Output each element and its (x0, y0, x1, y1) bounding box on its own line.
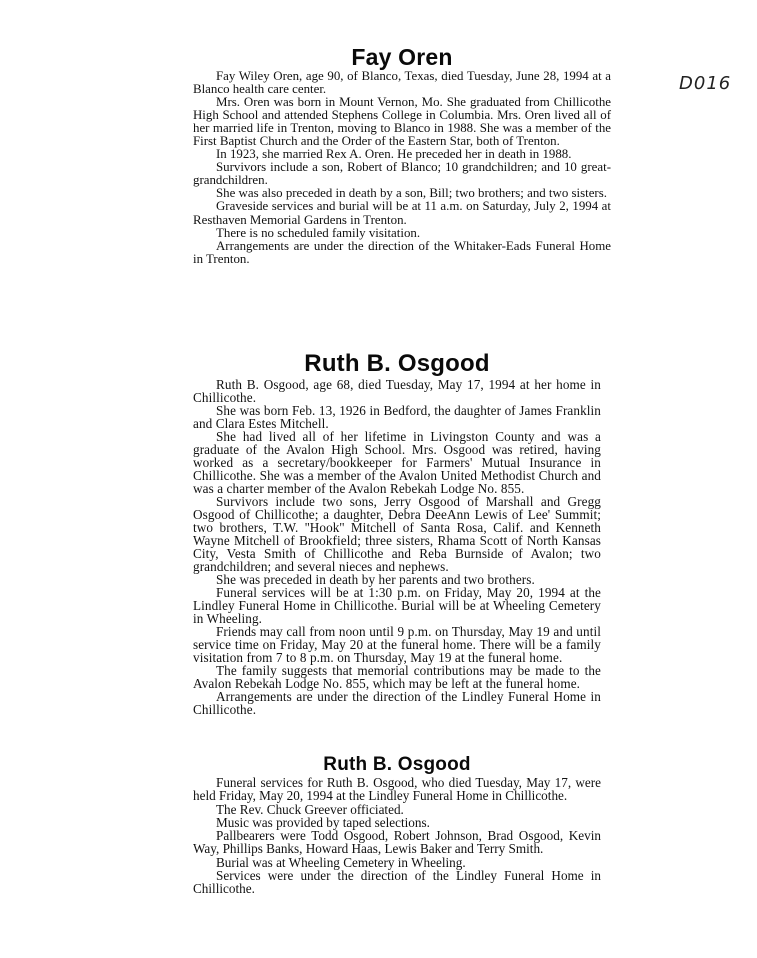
paragraph: Arrangements are under the direction of … (193, 240, 611, 266)
paragraph: She was born Feb. 13, 1926 in Bedford, t… (193, 404, 601, 430)
paragraph: She had lived all of her lifetime in Liv… (193, 430, 601, 495)
obituary-title: Fay Oren (193, 44, 611, 70)
paragraph: Fay Wiley Oren, age 90, of Blanco, Texas… (193, 70, 611, 96)
obituary-ruth-osgood: Ruth B. Osgood Ruth B. Osgood, age 68, d… (193, 350, 601, 716)
paragraph: The Rev. Chuck Greever officiated. (193, 803, 601, 816)
paragraph: Services were under the direction of the… (193, 869, 601, 896)
paragraph: There is no scheduled family visitation. (193, 227, 611, 240)
paragraph: Funeral services for Ruth B. Osgood, who… (193, 776, 601, 803)
paragraph: Music was provided by taped selections. (193, 816, 601, 829)
handwritten-page-number: D016 (679, 73, 731, 94)
paragraph: Mrs. Oren was born in Mount Vernon, Mo. … (193, 96, 611, 148)
obituary-fay-oren: Fay Oren Fay Wiley Oren, age 90, of Blan… (193, 44, 611, 266)
document-page: D016 Fay Oren Fay Wiley Oren, age 90, of… (0, 0, 757, 958)
funeral-notice-ruth-osgood: Ruth B. Osgood Funeral services for Ruth… (193, 754, 601, 896)
paragraph: Graveside services and burial will be at… (193, 200, 611, 226)
paragraph: Pallbearers were Todd Osgood, Robert Joh… (193, 829, 601, 856)
paragraph: Survivors include two sons, Jerry Osgood… (193, 495, 601, 573)
paragraph: Survivors include a son, Robert of Blanc… (193, 161, 611, 187)
paragraph: Burial was at Wheeling Cemetery in Wheel… (193, 856, 601, 869)
paragraph: Funeral services will be at 1:30 p.m. on… (193, 586, 601, 625)
obituary-title: Ruth B. Osgood (193, 350, 601, 378)
paragraph: Ruth B. Osgood, age 68, died Tuesday, Ma… (193, 378, 601, 404)
obituary-title: Ruth B. Osgood (193, 754, 601, 776)
paragraph: Friends may call from noon until 9 p.m. … (193, 625, 601, 664)
paragraph: Arrangements are under the direction of … (193, 690, 601, 716)
paragraph: The family suggests that memorial contri… (193, 664, 601, 690)
